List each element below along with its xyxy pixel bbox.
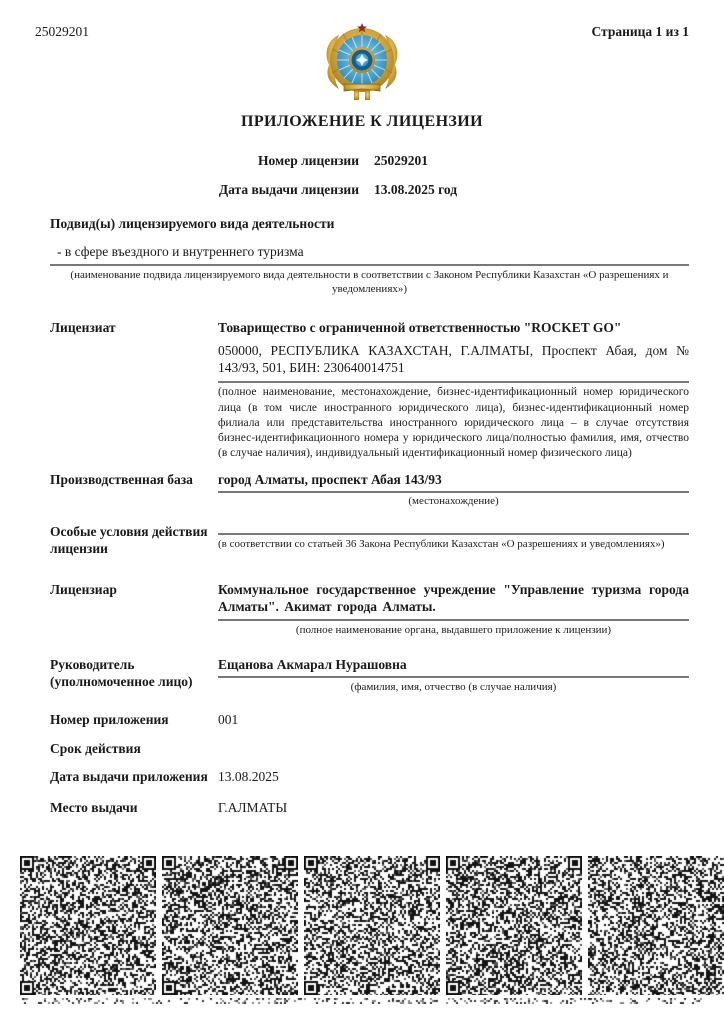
validity-period-section: Срок действия (50, 740, 689, 757)
special-conditions-label: Особые условия действия лицензии (50, 523, 218, 557)
special-conditions-section: Особые условия действия лицензии (в соот… (50, 523, 689, 557)
issue-place-value: Г.АЛМАТЫ (218, 799, 689, 816)
licensee-label: Лицензиат (50, 319, 218, 461)
license-issue-date-label: Дата выдачи лицензии (159, 182, 359, 199)
head-official-section: Руководитель (уполномоченное лицо) Ещано… (50, 656, 689, 695)
appendix-number-section: Номер приложения 001 (50, 711, 689, 728)
production-base-value: город Алматы, проспект Абая 143/93 (218, 471, 689, 493)
page-indicator: Страница 1 из 1 (591, 24, 689, 40)
barcode-strip (20, 856, 724, 995)
license-number-label: Номер лицензии (159, 153, 359, 170)
licensee-caption: (полное наименование, местонахождение, б… (218, 385, 689, 461)
validity-period-value (218, 740, 689, 757)
production-base-caption: (местонахождение) (218, 494, 689, 509)
issue-place-label: Место выдачи (50, 799, 218, 816)
page-title: ПРИЛОЖЕНИЕ К ЛИЦЕНЗИИ (0, 112, 724, 131)
divider-line (218, 533, 689, 535)
appendix-number-label: Номер приложения (50, 711, 218, 728)
appendix-issue-date-section: Дата выдачи приложения 13.08.2025 (50, 768, 689, 785)
license-issue-date-line: Дата выдачи лицензии 13.08.2025 год (0, 182, 724, 199)
production-base-section: Производственная база город Алматы, прос… (50, 471, 689, 509)
subtype-value: - в сфере въездного и внутреннего туризм… (50, 244, 689, 261)
appendix-issue-date-label: Дата выдачи приложения (50, 768, 218, 785)
licensee-name: Товарищество с ограниченной ответственно… (218, 319, 689, 336)
license-number-line: Номер лицензии 25029201 (0, 153, 724, 170)
license-appendix-page: 25029201 Страница 1 из 1 (0, 0, 724, 1024)
noise-strip (20, 998, 704, 1004)
qr-code-icon (446, 856, 582, 995)
divider-line (218, 381, 689, 383)
document-body: Подвид(ы) лицензируемого вида деятельнос… (0, 216, 724, 816)
appendix-number-value: 001 (218, 711, 689, 728)
qr-code-icon (162, 856, 298, 995)
license-number-value: 25029201 (374, 153, 565, 170)
subtype-caption: (наименование подвида лицензируемого вид… (50, 268, 689, 297)
special-conditions-caption: (в соответствии со статьей 36 Закона Рес… (218, 537, 689, 552)
qr-code-icon (20, 856, 156, 995)
validity-period-label: Срок действия (50, 740, 218, 757)
issue-place-section: Место выдачи Г.АЛМАТЫ (50, 799, 689, 816)
licensor-section: Лицензиар Коммунальное государственное у… (50, 581, 689, 638)
licensee-section: Лицензиат Товарищество с ограниченной от… (50, 319, 689, 461)
qr-code-icon (304, 856, 440, 995)
datamatrix-code-icon (588, 856, 724, 995)
licensor-caption: (полное наименование органа, выдавшего п… (218, 623, 689, 638)
divider-line (50, 264, 689, 266)
licensee-address: 050000, РЕСПУБЛИКА КАЗАХСТАН, Г.АЛМАТЫ, … (218, 342, 689, 376)
licensor-label: Лицензиар (50, 581, 218, 638)
head-official-value: Ещанова Акмарал Нурашовна (218, 656, 689, 678)
head-official-caption: (фамилия, имя, отчество (в случае наличи… (218, 680, 689, 695)
production-base-label: Производственная база (50, 471, 218, 509)
kazakhstan-coat-of-arms-icon (319, 21, 405, 103)
head-official-label: Руководитель (уполномоченное лицо) (50, 656, 218, 695)
licensor-value: Коммунальное государственное учреждение … (218, 581, 689, 615)
subtype-heading: Подвид(ы) лицензируемого вида деятельнос… (50, 216, 689, 233)
license-issue-date-value: 13.08.2025 год (374, 182, 565, 199)
appendix-issue-date-value: 13.08.2025 (218, 768, 689, 785)
divider-line (218, 619, 689, 621)
document-number: 25029201 (35, 24, 89, 40)
